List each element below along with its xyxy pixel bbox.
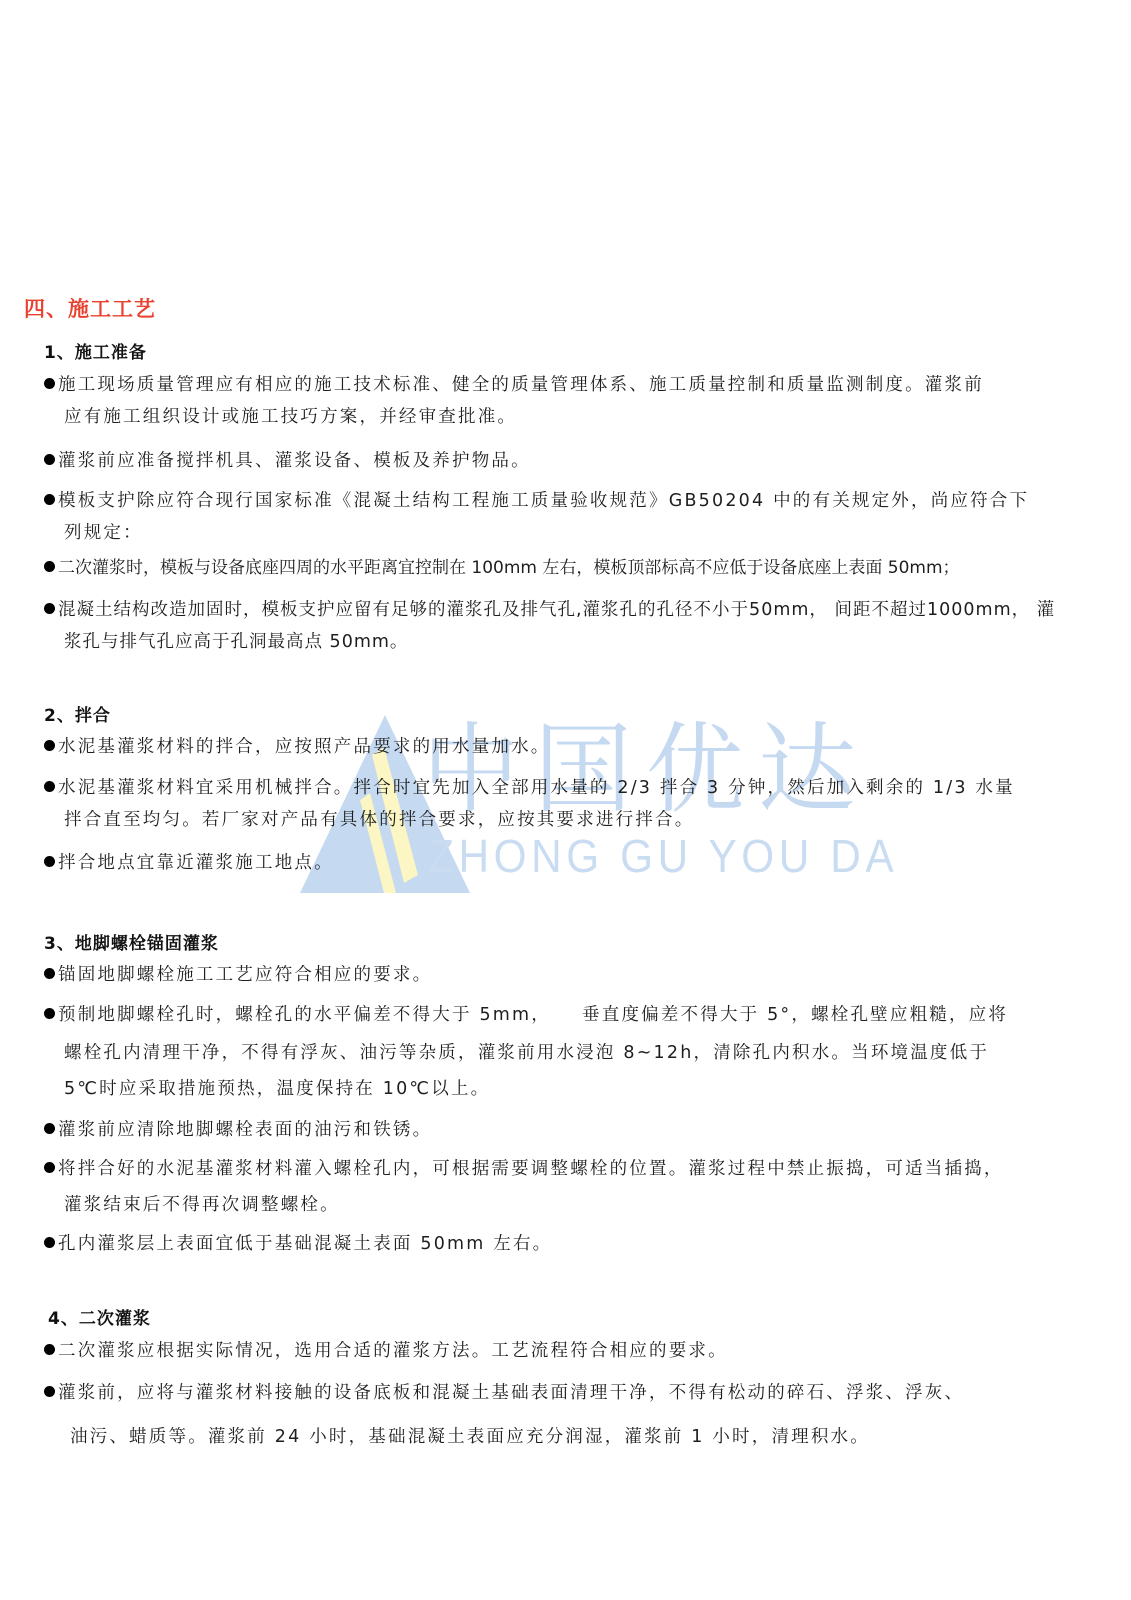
list-item-line: 螺栓孔内清理干净，不得有浮灰、油污等杂质，灌浆前用水浸泡 8~12h，清除孔内积… [44, 1035, 1114, 1071]
bullet-icon [44, 740, 55, 751]
document-page: 中国优达 ZHONG GU YOU DA 四、施工工艺 1、施工准备 施工现场质… [0, 0, 1131, 1600]
list-item: 混凝土结构改造加固时，模板支护应留有足够的灌浆孔及排气孔,灌浆孔的孔径不小于50… [44, 594, 1114, 658]
list-item-line: 灌浆前，应将与灌浆材料接触的设备底板和混凝土基础表面清理干净，不得有松动的碎石、… [44, 1377, 1114, 1421]
list-item-line: 二次灌浆时，模板与设备底座四周的水平距离宜控制在 100mm 左右，模板顶部标高… [44, 552, 1114, 584]
list-item: 施工现场质量管理应有相应的施工技术标准、健全的质量管理体系、施工质量控制和质量监… [44, 369, 1114, 433]
subsection-heading-secondary-grouting: 4、二次灌浆 [48, 1304, 151, 1329]
list-item-line: 应有施工组织设计或施工技巧方案，并经审查批准。 [44, 401, 1114, 433]
list-item-line: 二次灌浆应根据实际情况，选用合适的灌浆方法。工艺流程符合相应的要求。 [44, 1335, 1114, 1367]
list-item-line: 孔内灌浆层上表面宜低于基础混凝土表面 50mm 左右。 [44, 1228, 1114, 1260]
list-item-line: 5℃时应采取措施预热，温度保持在 10℃以上。 [44, 1071, 1114, 1107]
list-item-line: 拌合地点宜靠近灌浆施工地点。 [44, 847, 1114, 879]
bullet-icon [44, 1237, 55, 1248]
list-item-line: 油污、蜡质等。灌浆前 24 小时，基础混凝土表面应充分润湿，灌浆前 1 小时，清… [44, 1421, 1114, 1453]
bullet-icon [44, 378, 55, 389]
list-item: 锚固地脚螺栓施工工艺应符合相应的要求。 [44, 959, 1114, 991]
list-item: 二次灌浆应根据实际情况，选用合适的灌浆方法。工艺流程符合相应的要求。 [44, 1335, 1114, 1367]
list-item: 灌浆前应准备搅拌机具、灌浆设备、模板及养护物品。 [44, 445, 1114, 477]
list-item: 孔内灌浆层上表面宜低于基础混凝土表面 50mm 左右。 [44, 1228, 1114, 1260]
list-item: 模板支护除应符合现行国家标准《混凝土结构工程施工质量验收规范》GB50204 中… [44, 485, 1114, 549]
list-item: 水泥基灌浆材料宜采用机械拌合。拌合时宜先加入全部用水量的 2/3 拌合 3 分钟… [44, 772, 1114, 836]
bullet-icon [44, 1162, 55, 1173]
list-item: 灌浆前，应将与灌浆材料接触的设备底板和混凝土基础表面清理干净，不得有松动的碎石、… [44, 1377, 1114, 1453]
bullet-icon [44, 1344, 55, 1355]
list-item: 灌浆前应清除地脚螺栓表面的油污和铁锈。 [44, 1114, 1114, 1146]
list-item-line: 灌浆前应清除地脚螺栓表面的油污和铁锈。 [44, 1114, 1114, 1146]
list-item-line: 锚固地脚螺栓施工工艺应符合相应的要求。 [44, 959, 1114, 991]
bullet-icon [44, 561, 55, 572]
list-item-line: 水泥基灌浆材料宜采用机械拌合。拌合时宜先加入全部用水量的 2/3 拌合 3 分钟… [44, 772, 1114, 804]
list-item: 水泥基灌浆材料的拌合，应按照产品要求的用水量加水。 [44, 731, 1114, 763]
bullet-icon [44, 1008, 55, 1019]
list-item-line: 水泥基灌浆材料的拌合，应按照产品要求的用水量加水。 [44, 731, 1114, 763]
bullet-icon [44, 968, 55, 979]
bullet-icon [44, 454, 55, 465]
list-item: 预制地脚螺栓孔时，螺栓孔的水平偏差不得大于 5mm， 垂直度偏差不得大于 5°，… [44, 999, 1114, 1109]
list-item-line: 拌合直至均匀。若厂家对产品有具体的拌合要求，应按其要求进行拌合。 [44, 804, 1114, 836]
list-item-line: 灌浆前应准备搅拌机具、灌浆设备、模板及养护物品。 [44, 445, 1114, 477]
bullet-icon [44, 781, 55, 792]
section-title: 四、施工工艺 [24, 293, 156, 323]
bullet-icon [44, 856, 55, 867]
list-item-line: 施工现场质量管理应有相应的施工技术标准、健全的质量管理体系、施工质量控制和质量监… [44, 369, 1114, 401]
list-item-line: 将拌合好的水泥基灌浆材料灌入螺栓孔内，可根据需要调整螺栓的位置。灌浆过程中禁止振… [44, 1153, 1114, 1189]
subsection-heading-anchor-bolt-grouting: 3、地脚螺栓锚固灌浆 [44, 929, 219, 954]
list-item: 二次灌浆时，模板与设备底座四周的水平距离宜控制在 100mm 左右，模板顶部标高… [44, 552, 1114, 584]
subsection-heading-preparation: 1、施工准备 [44, 338, 147, 363]
list-item-line: 浆孔与排气孔应高于孔洞最高点 50mm。 [44, 626, 1114, 658]
list-item: 将拌合好的水泥基灌浆材料灌入螺栓孔内，可根据需要调整螺栓的位置。灌浆过程中禁止振… [44, 1153, 1114, 1221]
bullet-icon [44, 603, 55, 614]
list-item-line: 预制地脚螺栓孔时，螺栓孔的水平偏差不得大于 5mm， 垂直度偏差不得大于 5°，… [44, 999, 1114, 1035]
bullet-icon [44, 494, 55, 505]
list-item-line: 混凝土结构改造加固时，模板支护应留有足够的灌浆孔及排气孔,灌浆孔的孔径不小于50… [44, 594, 1114, 626]
list-item-line: 灌浆结束后不得再次调整螺栓。 [44, 1189, 1114, 1221]
list-item-line: 模板支护除应符合现行国家标准《混凝土结构工程施工质量验收规范》GB50204 中… [44, 485, 1114, 517]
subsection-heading-mixing: 2、拌合 [44, 701, 111, 726]
list-item: 拌合地点宜靠近灌浆施工地点。 [44, 847, 1114, 879]
bullet-icon [44, 1123, 55, 1134]
list-item-line: 列规定： [44, 517, 1114, 549]
bullet-icon [44, 1386, 55, 1397]
